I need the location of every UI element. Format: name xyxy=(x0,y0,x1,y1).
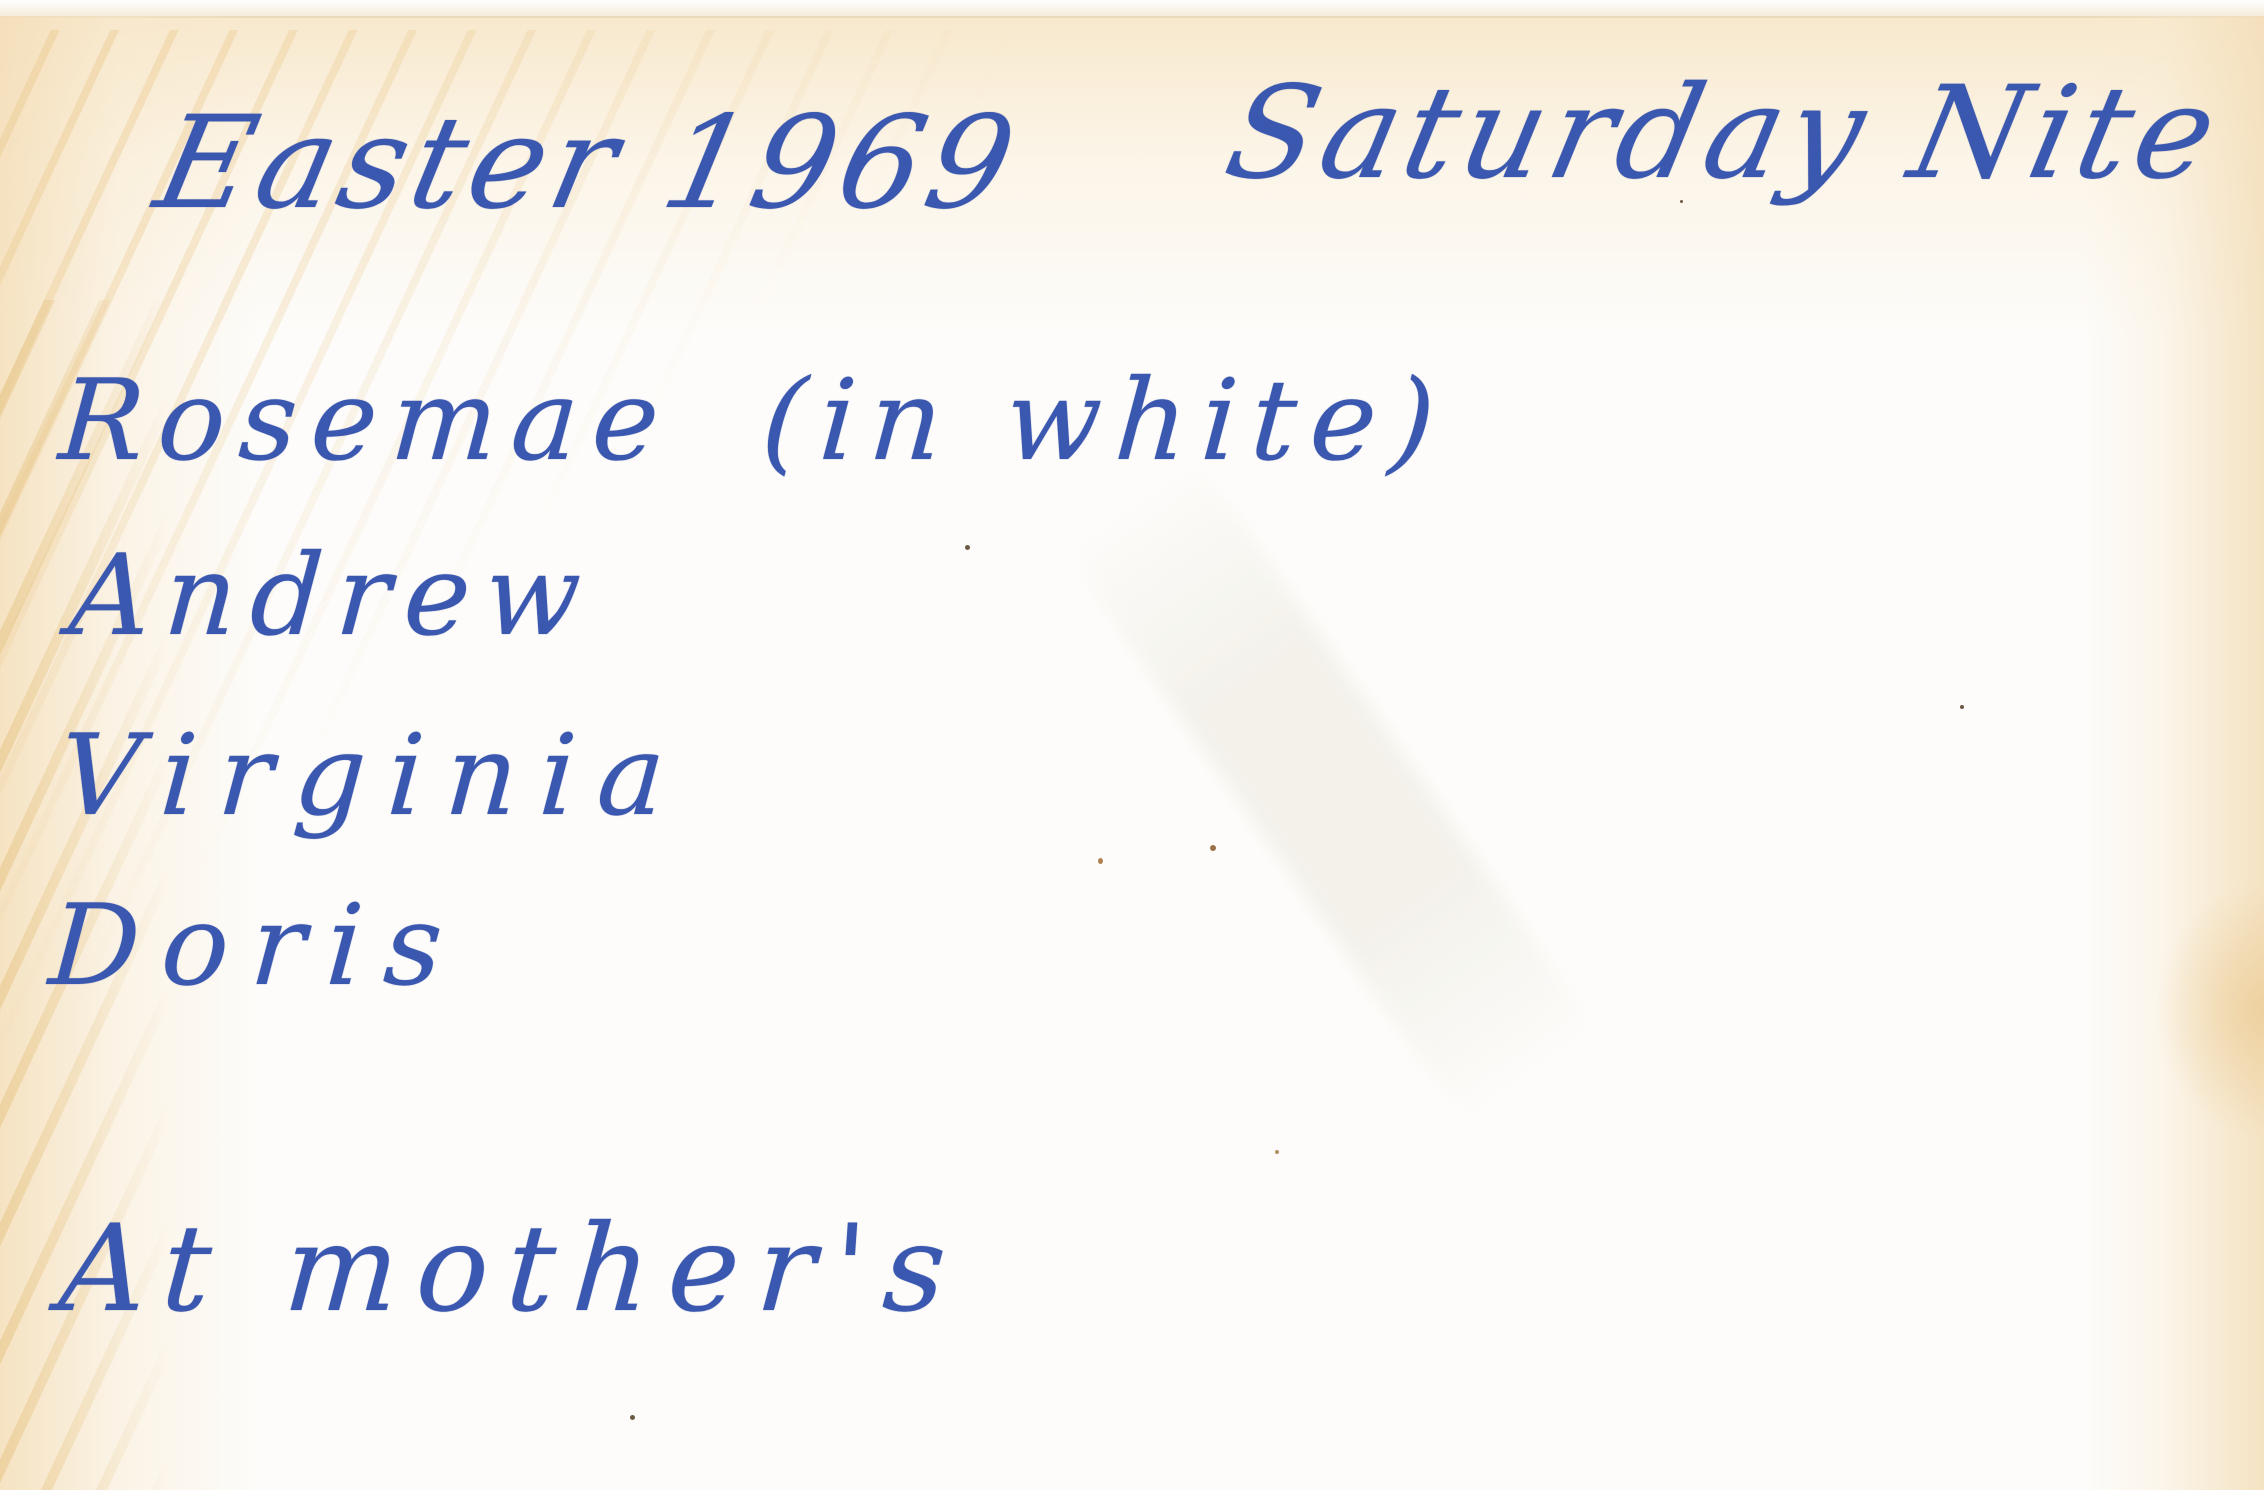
person-note: (in white) xyxy=(758,356,1453,486)
dust-speck xyxy=(1960,705,1964,709)
dust-speck xyxy=(1098,858,1103,864)
person-name: Rosemae xyxy=(55,356,677,486)
person-name: Andrew xyxy=(66,540,598,652)
dust-speck xyxy=(630,1415,635,1420)
handwritten-location: At mother's xyxy=(56,1210,968,1330)
person-name: Virginia xyxy=(56,720,690,832)
dust-speck xyxy=(1210,845,1216,851)
photo-back-scan: Easter 1969 Saturday Nite Rosemae (in wh… xyxy=(0,0,2264,1490)
handwritten-day: Saturday Nite xyxy=(1216,70,2232,198)
handwritten-occasion: Easter 1969 xyxy=(146,100,1029,228)
aging-stain-blot xyxy=(2154,880,2264,1140)
handwritten-name-line: Rosemae (in white) xyxy=(56,365,1452,477)
aging-stain-right xyxy=(2084,16,2264,1490)
dust-speck xyxy=(965,545,970,550)
dust-speck xyxy=(1275,1150,1279,1154)
person-name: Doris xyxy=(46,890,468,1002)
